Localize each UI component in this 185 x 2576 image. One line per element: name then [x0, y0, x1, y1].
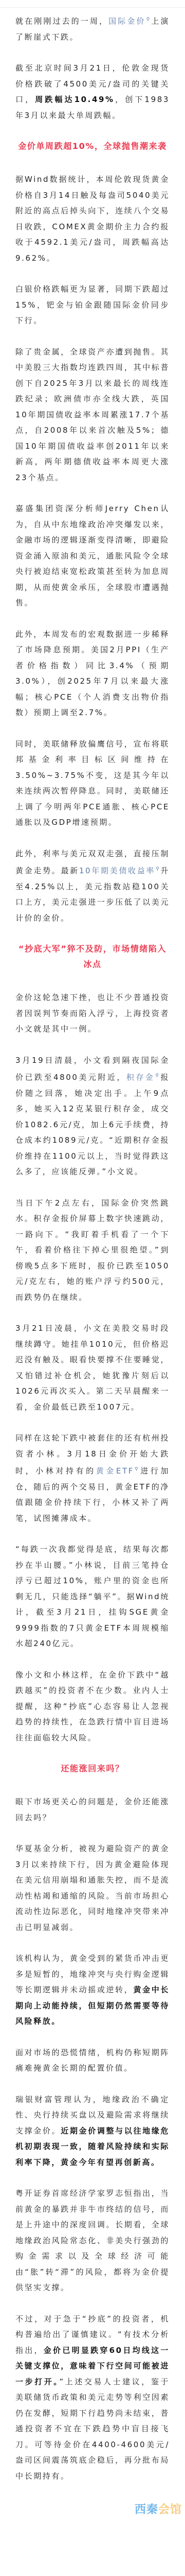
text-run: 眼下市场更关心的问题是，金价还能涨回去吗？	[15, 1797, 170, 1822]
paragraph: 就在刚刚过去的一周，国际金价⚲上演了断崖式下跌。	[15, 12, 170, 45]
keyword-search-link[interactable]: 国际金价⚲	[108, 16, 151, 26]
text-run: 同时，美联储释放偏鹰信号，宣布将联邦基金利率目标区间维持在3.50%~3.75%…	[15, 739, 170, 827]
search-icon: ⚲	[135, 1467, 139, 1472]
paragraph: 眼下市场更关心的问题是，金价还能涨回去吗？	[15, 1794, 170, 1825]
paragraph: 粤开证券首席经济学家罗志恒指出，当前黄金的暴跌并非牛市终结的信号，而是上升途中的…	[15, 2185, 170, 2296]
link-text: 10年期美债收益率	[79, 866, 155, 875]
watermark-logo: 西秦会馆	[135, 2501, 182, 2517]
paragraph: 此外，利率与美元双双走强，直接压制黄金走势。最新10年期美债收益率⚲升至4.25…	[15, 846, 170, 926]
text-run: 粤开证券首席经济学家罗志恒指出，当前黄金的暴跌并非牛市终结的信号，而是上升途中的…	[15, 2189, 170, 2292]
text-run: 嘉盛集团资深分析师Jerry Chen认为，自从中东地缘政治冲突爆发以来，金融市…	[15, 504, 170, 607]
section-heading: 金价单周跌超10%，全球抛售潮来袭	[15, 139, 170, 154]
paragraph: 华夏基金分析，被视为避险资产的黄金3月以来持续下行，因为黄金避险体现在美元信用崩…	[15, 1841, 170, 1935]
bold-text: 周跌幅达10.49%	[35, 95, 114, 104]
paragraph: 嘉盛集团资深分析师Jerry Chen认为，自从中东地缘政治冲突爆发以来，金融市…	[15, 501, 170, 611]
paragraph: 金价这轮急速下挫，也让不少普通投资者因误判节奏而陷入浮亏，上海投资者小文就是其中…	[15, 990, 170, 1037]
text-run: “每跌一次我都觉得是底，结果每次都抄在半山腰。”小林说，目前三笔持仓浮亏已超过1…	[15, 1545, 170, 1648]
paragraph: 除了贵金属，全球资产亦遭到抛售。其中美股三大指数均连跌四周，其中标普创下自202…	[15, 344, 170, 486]
text-run: 据Wind数据统计，本周伦敦现货黄金价格自3月14日触及每盎司5040美元附近的…	[15, 175, 170, 263]
text-run: 除了贵金属，全球资产亦遭到抛售。其中美股三大指数均连跌四周，其中标普创下自202…	[15, 347, 170, 482]
keyword-search-link[interactable]: 黄金ETF⚲	[96, 1466, 139, 1476]
paragraph: 当日下午2点左右，国际金价突然跳水。积存金报价屏幕上数字快速跳动，一路向下。“我…	[15, 1195, 170, 1306]
paragraph: 瑞银财富管理认为，地缘政治不确定性、央行持续买盘以及避险需求将继续支撑金价。近期…	[15, 2092, 170, 2171]
paragraph: 3月19日清晨，小文看到隔夜国际金价已跌至4800美元附近，积存金⚲报价随之回落…	[15, 1053, 170, 1180]
text-run: 像小文和小林这样，在金价下跌中“越跌越买”的投资者不在少数。业内人士提醒，这种“…	[15, 1670, 170, 1742]
keyword-search-link[interactable]: 10年期美债收益率⚲	[79, 866, 160, 875]
paragraph: 不过，对于急于“抄底”的投资者，机构普遍给出了谨慎建议。“有技术分析指出，金价已…	[15, 2311, 170, 2484]
paragraph: 3月21日凌晨，小文在美股交易时段继续蹲守。她挂单1010元，但价格迟迟没有触及…	[15, 1320, 170, 1415]
search-icon: ⚲	[155, 1073, 160, 1078]
paragraph: 白银价格跌幅更为显著，同期下跌超过15%，钯金与铂金跟随国际金价同步下行。	[15, 281, 170, 329]
keyword-search-link[interactable]: 积存金⚲	[126, 1073, 160, 1082]
search-icon: ⚲	[146, 17, 151, 22]
paragraph: 面对市场的恐慌情绪，机构仍称短期阵痛难掩黄金长期的配置价值。	[15, 2045, 170, 2076]
text-run: 面对市场的恐慌情绪，机构仍称短期阵痛难掩黄金长期的配置价值。	[15, 2048, 170, 2073]
text-run: 当日下午2点左右，国际金价突然跳水。积存金报价屏幕上数字快速跳动，一路向下。“我…	[15, 1198, 170, 1302]
paragraph: 同样在这轮下跌中被套住的还有杭州投资者小林。3月18日金价开始大跌时，小林对持有…	[15, 1430, 170, 1526]
section-heading: “抄底大军”猝不及防，市场情绪陷入冰点	[15, 941, 170, 972]
article-body: 就在刚刚过去的一周，国际金价⚲上演了断崖式下跌。截至北京时间3月21日，伦敦金现…	[0, 8, 185, 2520]
paragraph: 据Wind数据统计，本周伦敦现货黄金价格自3月14日触及每盎司5040美元附近的…	[15, 172, 170, 266]
paragraph: “每跌一次我都觉得是底，结果每次都抄在半山腰。”小林说，目前三笔持仓浮亏已超过1…	[15, 1541, 170, 1652]
text-run: 华夏基金分析，被视为避险资产的黄金3月以来持续下行，因为黄金避险体现在美元信用崩…	[15, 1844, 170, 1932]
section-heading: 还能涨回来吗？	[15, 1761, 170, 1776]
text-run: 就在刚刚过去的一周，	[15, 16, 108, 26]
top-divider	[0, 0, 185, 8]
paragraph: 该机构认为，黄金受到的紧货币冲击更多是短暂的，地缘冲突与央行购金逻辑等长期逻辑并…	[15, 1951, 170, 2029]
paragraph: 此外，本周发布的宏观数据进一步稀释了市场降息预期。美国2月PPI（生产者价格指数…	[15, 626, 170, 721]
text-run: 报价随之回落，她决定出手。上午9点多，她买入12克某银行积存金，成交价1082.…	[15, 1073, 170, 1176]
link-text: 国际金价	[108, 16, 145, 26]
text-run: 金价这轮急速下挫，也让不少普通投资者因误判节奏而陷入浮亏，上海投资者小文就是其中…	[15, 993, 170, 1033]
text-run: 白银价格跌幅更为显著，同期下跌超过15%，钯金与铂金跟随国际金价同步下行。	[15, 284, 170, 325]
paragraph: 截至北京时间3月21日，伦敦金现货价格跌破了4500美元/盎司的关键关口，周跌幅…	[15, 60, 170, 123]
paragraph: 同时，美联储释放偏鹰信号，宣布将联邦基金利率目标区间维持在3.50%~3.75%…	[15, 736, 170, 831]
link-text: 黄金ETF	[96, 1466, 134, 1476]
link-text: 积存金	[126, 1073, 155, 1082]
text-run: ”上述交易人士建议，鉴于美联储货币政策和美元走势等利空因素仍在发酵，短期下行趋势…	[15, 2377, 170, 2481]
text-run: 此外，本周发布的宏观数据进一步稀释了市场降息预期。美国2月PPI（生产者价格指数…	[15, 630, 170, 718]
search-icon: ⚲	[156, 867, 160, 872]
paragraph: 像小文和小林这样，在金价下跌中“越跌越买”的投资者不在少数。业内人士提醒，这种“…	[15, 1667, 170, 1746]
text-run: 3月21日凌晨，小文在美股交易时段继续蹲守。她挂单1010元，但价格迟迟没有触及…	[15, 1324, 170, 1412]
